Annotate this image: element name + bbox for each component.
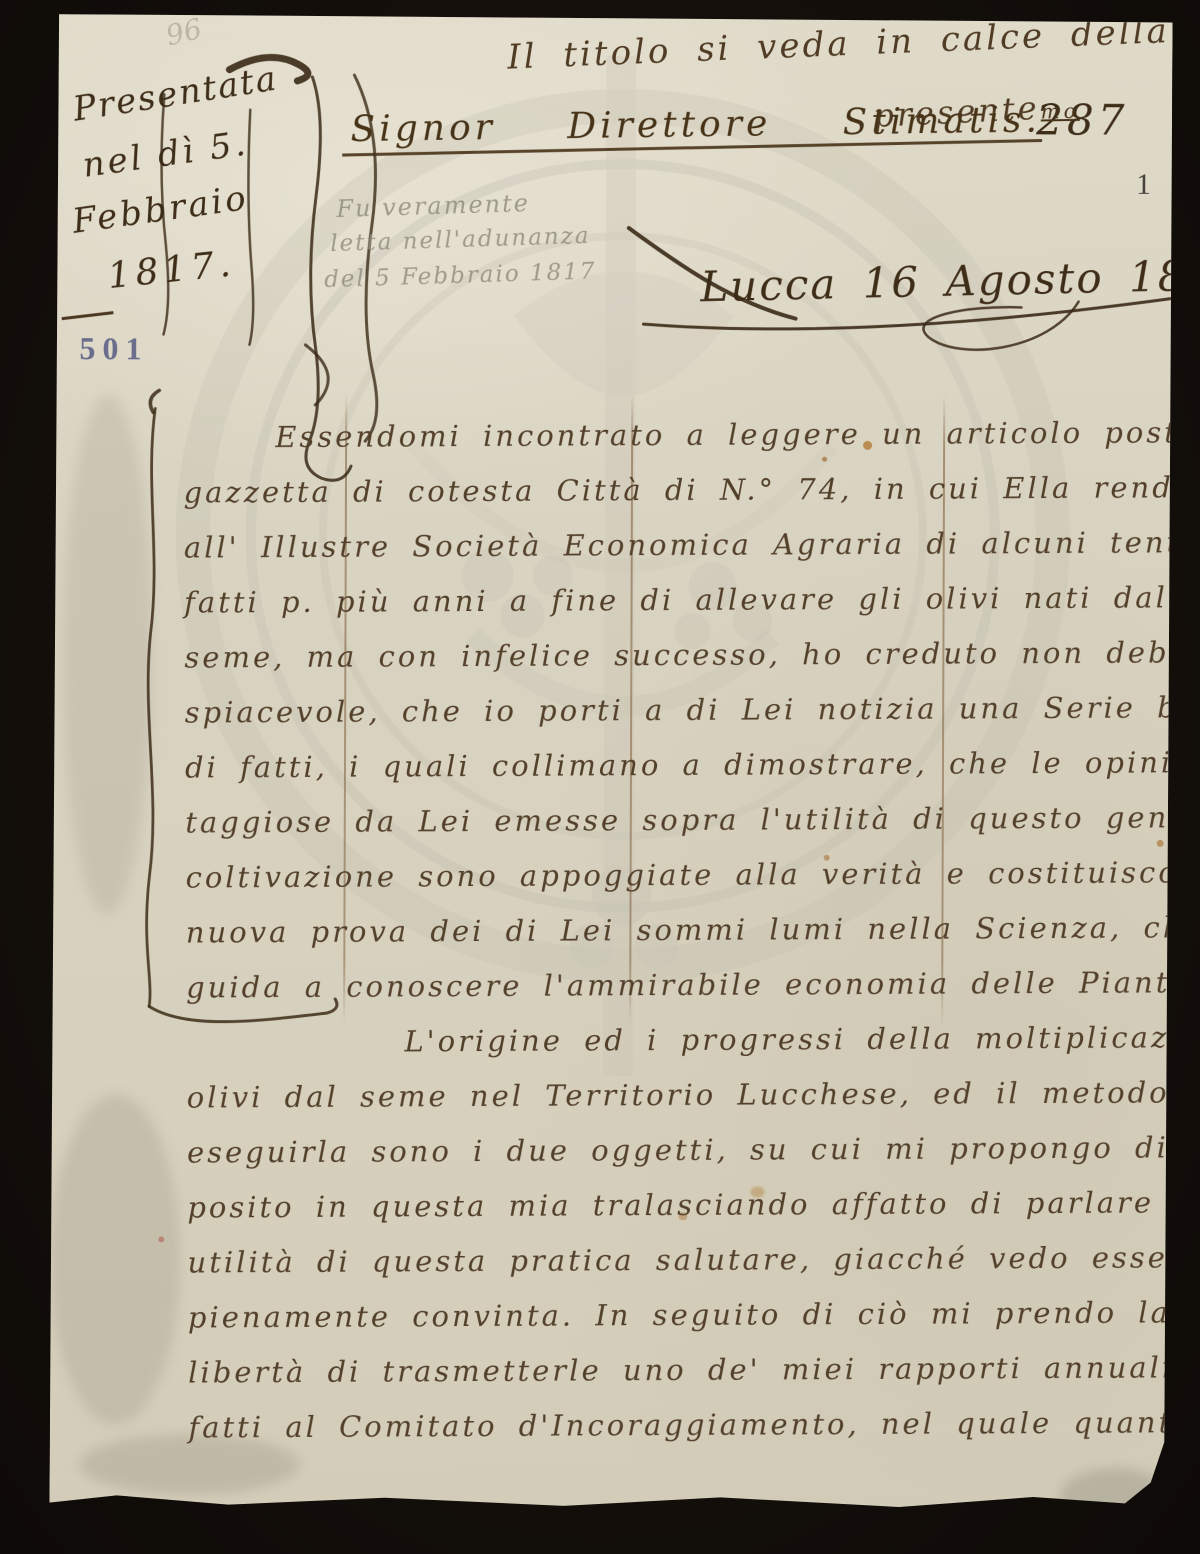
manuscript-line: seme, ma con infelice successo, ho credu…	[184, 635, 1174, 695]
manuscript-line: taggiose da Lei emesse sopra l'utilità d…	[185, 800, 1175, 860]
manuscript-line: libertà di trasmetterle uno de' miei rap…	[188, 1350, 1178, 1410]
scanned-manuscript-screenshot: { "page": { "pencil_corner_number": "96"…	[0, 0, 1200, 1554]
manuscript-line: posito in questa mia tralasciando affatt…	[187, 1185, 1177, 1245]
manuscript-line: spiacevole, che io porti a di Lei notizi…	[185, 690, 1175, 750]
manuscript-line: L'origine ed i progressi della moltiplic…	[186, 1020, 1176, 1080]
paper-sheet: 96 Il titolo si veda in calce della pres…	[49, 14, 1172, 1514]
manuscript-line: olivi dal seme nel Territorio Lucchese, …	[187, 1075, 1177, 1135]
manuscript-line: Essendomi incontrato a leggere un artico…	[183, 415, 1173, 475]
manuscript-line: gazzetta di cotesta Città di N.° 74, in …	[183, 470, 1173, 530]
manuscript-line: fatti p. più anni a fine di allevare gli…	[184, 580, 1174, 640]
manuscript-line: all' Illustre Società Economica Agraria …	[184, 525, 1174, 585]
manuscript-line: utilità di questa pratica salutare, giac…	[188, 1240, 1178, 1300]
manuscript-line: eseguirla sono i due oggetti, su cui mi …	[187, 1130, 1177, 1190]
manuscript-line: coltivazione sono appoggiate alla verità…	[186, 855, 1176, 915]
manuscript-line: di fatti, i quali collimano a dimostrare…	[185, 745, 1175, 805]
manuscript-line: pienamente convinta. In seguito di ciò m…	[188, 1295, 1178, 1355]
manuscript-line: fatti al Comitato d'Incoraggiamento, nel…	[188, 1405, 1178, 1465]
letter-body: Essendomi incontrato a leggere un artico…	[183, 415, 1178, 1465]
manuscript-line: nuova prova dei di Lei sommi lumi nella …	[186, 910, 1176, 970]
manuscript-line: guida a conoscere l'ammirabile economia …	[186, 965, 1176, 1025]
